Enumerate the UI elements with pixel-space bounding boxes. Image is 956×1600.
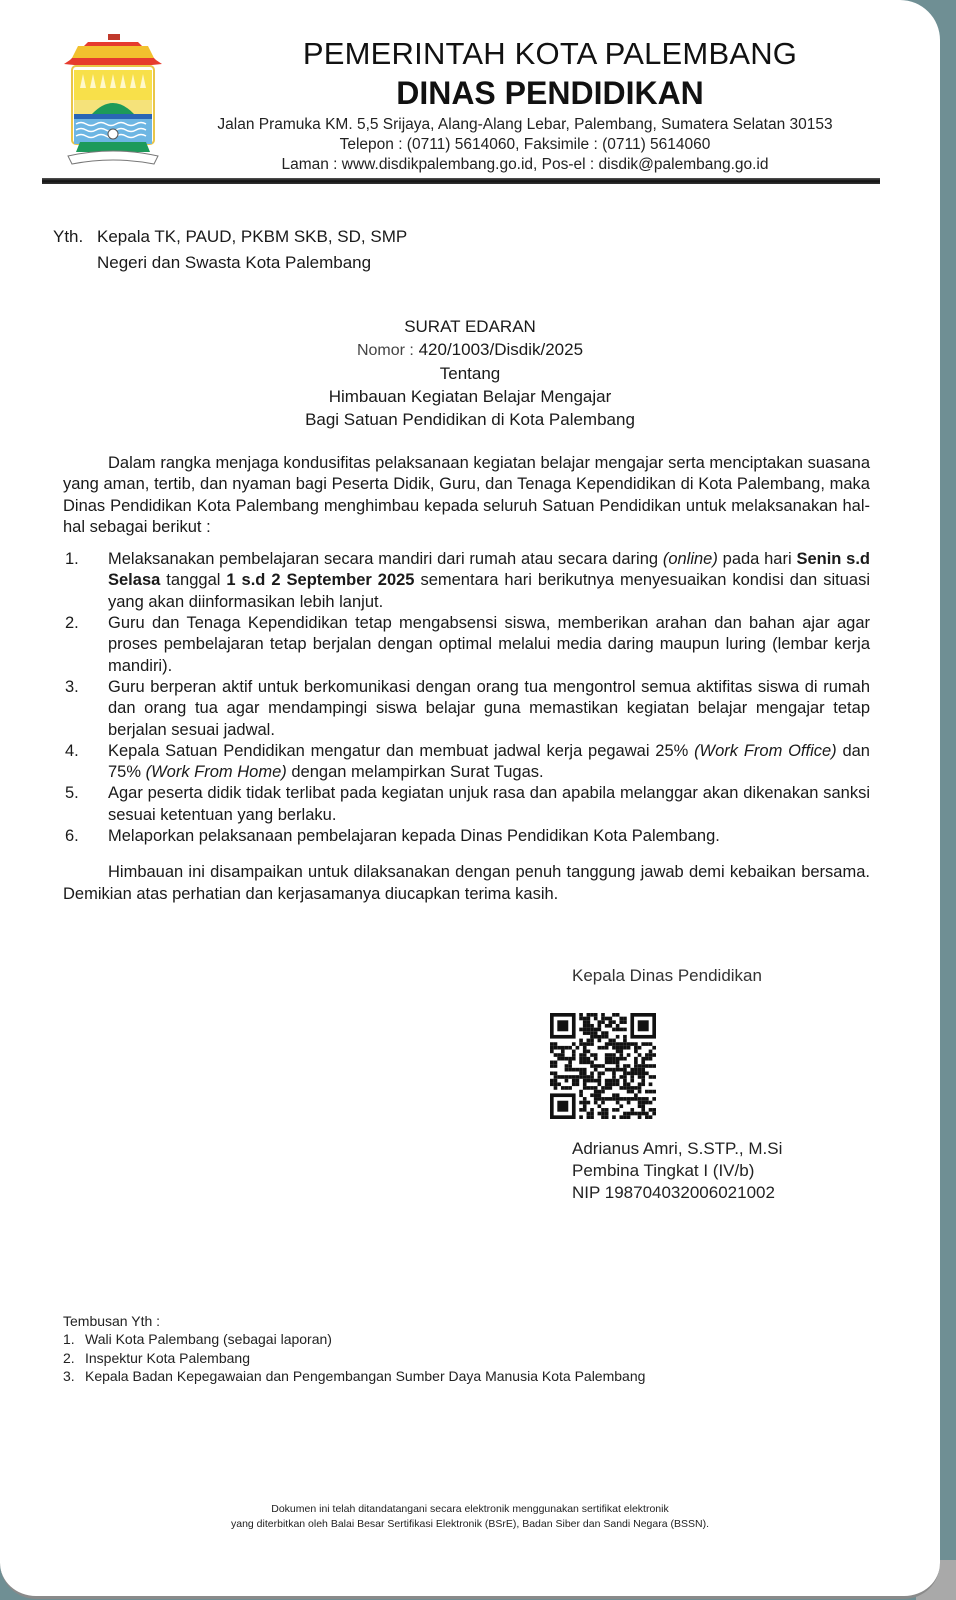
letterhead-phone: Telepon : (0711) 5614060, Faksimile : (0… bbox=[180, 135, 870, 155]
carbon-copy-item: 1.Wali Kota Palembang (sebagai laporan) bbox=[63, 1330, 645, 1348]
letter-number: Nomor : 420/1003/Disdik/2025 bbox=[200, 338, 740, 362]
letterhead-agency: DINAS PENDIDIKAN bbox=[180, 75, 920, 112]
instruction-item: 5.Agar peserta didik tidak terlibat pada… bbox=[63, 783, 870, 826]
letter-subject-1: Himbauan Kegiatan Belajar Mengajar bbox=[200, 385, 740, 408]
letter-body: Dalam rangka menjaga kondusifitas pelaks… bbox=[63, 453, 870, 905]
recipient-line-2: Negeri dan Swasta Kota Palembang bbox=[53, 250, 407, 276]
signatory-name: Adrianus Amri, S.STP., M.Si bbox=[572, 1138, 782, 1160]
carbon-copy: Tembusan Yth : 1.Wali Kota Palembang (se… bbox=[63, 1312, 645, 1385]
instruction-item: 4.Kepala Satuan Pendidikan mengatur dan … bbox=[63, 741, 870, 784]
instruction-number: 5. bbox=[65, 783, 79, 804]
letter-type: SURAT EDARAN bbox=[200, 315, 740, 338]
carbon-copy-text: Inspektur Kota Palembang bbox=[85, 1350, 250, 1366]
letter-number-label: Nomor : bbox=[357, 342, 414, 359]
carbon-copy-number: 3. bbox=[63, 1367, 75, 1385]
qr-code-icon[interactable] bbox=[550, 1013, 656, 1119]
instruction-number: 2. bbox=[65, 613, 79, 634]
letter-title: SURAT EDARAN Nomor : 420/1003/Disdik/202… bbox=[200, 315, 740, 431]
signatory-rank: Pembina Tingkat I (IV/b) bbox=[572, 1160, 782, 1182]
signatory: Adrianus Amri, S.STP., M.Si Pembina Ting… bbox=[572, 1138, 782, 1204]
carbon-copy-list: 1.Wali Kota Palembang (sebagai laporan)2… bbox=[63, 1330, 645, 1385]
recipient-prefix: Yth. bbox=[53, 224, 97, 250]
instruction-text: tanggal bbox=[160, 571, 226, 589]
instruction-text: (online) bbox=[663, 550, 718, 568]
instruction-item: 6.Melaporkan pelaksanaan pembelajaran ke… bbox=[63, 826, 870, 847]
carbon-copy-heading: Tembusan Yth : bbox=[63, 1312, 645, 1330]
instruction-text: (Work From Home) bbox=[146, 763, 287, 781]
letterhead-divider bbox=[42, 178, 880, 184]
instruction-number: 6. bbox=[65, 826, 79, 847]
carbon-copy-item: 3.Kepala Badan Kepegawaian dan Pengemban… bbox=[63, 1367, 645, 1385]
letterhead-address: Jalan Pramuka KM. 5,5 Srijaya, Alang-Ala… bbox=[180, 115, 870, 135]
intro-paragraph: Dalam rangka menjaga kondusifitas pelaks… bbox=[63, 453, 870, 538]
letterhead-contact: Jalan Pramuka KM. 5,5 Srijaya, Alang-Ala… bbox=[180, 115, 870, 175]
instruction-text: Agar peserta didik tidak terlibat pada k… bbox=[108, 784, 870, 823]
instruction-number: 3. bbox=[65, 677, 79, 698]
instruction-text: Melaksanakan pembelajaran secara mandiri… bbox=[108, 550, 663, 568]
recipient-line-1: Kepala TK, PAUD, PKBM SKB, SD, SMP bbox=[97, 227, 407, 246]
palembang-city-emblem-icon bbox=[58, 30, 168, 170]
instruction-text: 1 s.d 2 September 2025 bbox=[226, 571, 414, 589]
letterhead-web: Laman : www.disdikpalembang.go.id, Pos-e… bbox=[180, 155, 870, 175]
letter-number-value: 420/1003/Disdik/2025 bbox=[419, 340, 583, 359]
signatory-position: Kepala Dinas Pendidikan bbox=[572, 966, 762, 986]
document-page: PEMERINTAH KOTA PALEMBANG DINAS PENDIDIK… bbox=[0, 0, 940, 1599]
instruction-number: 1. bbox=[65, 549, 79, 570]
instruction-text: Melaporkan pelaksanaan pembelajaran kepa… bbox=[108, 827, 720, 845]
carbon-copy-number: 2. bbox=[63, 1349, 75, 1367]
closing-paragraph: Himbauan ini disampaikan untuk dilaksana… bbox=[63, 862, 870, 905]
letterhead-government: PEMERINTAH KOTA PALEMBANG bbox=[180, 36, 920, 72]
carbon-copy-text: Wali Kota Palembang (sebagai laporan) bbox=[85, 1331, 332, 1347]
esign-footer-line-1: Dokumen ini telah ditandatangani secara … bbox=[100, 1502, 840, 1517]
recipient: Yth.Kepala TK, PAUD, PKBM SKB, SD, SMP N… bbox=[53, 224, 407, 276]
instruction-text: dengan melampirkan Surat Tugas. bbox=[287, 763, 544, 781]
esign-footer: Dokumen ini telah ditandatangani secara … bbox=[100, 1502, 840, 1532]
carbon-copy-number: 1. bbox=[63, 1330, 75, 1348]
carbon-copy-item: 2.Inspektur Kota Palembang bbox=[63, 1349, 645, 1367]
carbon-copy-text: Kepala Badan Kepegawaian dan Pengembanga… bbox=[85, 1368, 645, 1384]
instruction-item: 3.Guru berperan aktif untuk berkomunikas… bbox=[63, 677, 870, 741]
instruction-text: Guru dan Tenaga Kependidikan tetap menga… bbox=[108, 614, 870, 675]
instruction-number: 4. bbox=[65, 741, 79, 762]
signatory-nip: NIP 198704032006021002 bbox=[572, 1182, 782, 1204]
instruction-text: pada hari bbox=[718, 550, 797, 568]
instruction-item: 2.Guru dan Tenaga Kependidikan tetap men… bbox=[63, 613, 870, 677]
letter-subject-2: Bagi Satuan Pendidikan di Kota Palembang bbox=[200, 408, 740, 431]
letter-tentang: Tentang bbox=[200, 362, 740, 385]
instruction-text: Kepala Satuan Pendidikan mengatur dan me… bbox=[108, 742, 694, 760]
instruction-list: 1.Melaksanakan pembelajaran secara mandi… bbox=[63, 549, 870, 847]
esign-footer-line-2: yang diterbitkan oleh Balai Besar Sertif… bbox=[100, 1517, 840, 1532]
instruction-item: 1.Melaksanakan pembelajaran secara mandi… bbox=[63, 549, 870, 613]
instruction-text: (Work From Office) bbox=[694, 742, 837, 760]
instruction-text: Guru berperan aktif untuk berkomunikasi … bbox=[108, 678, 870, 739]
